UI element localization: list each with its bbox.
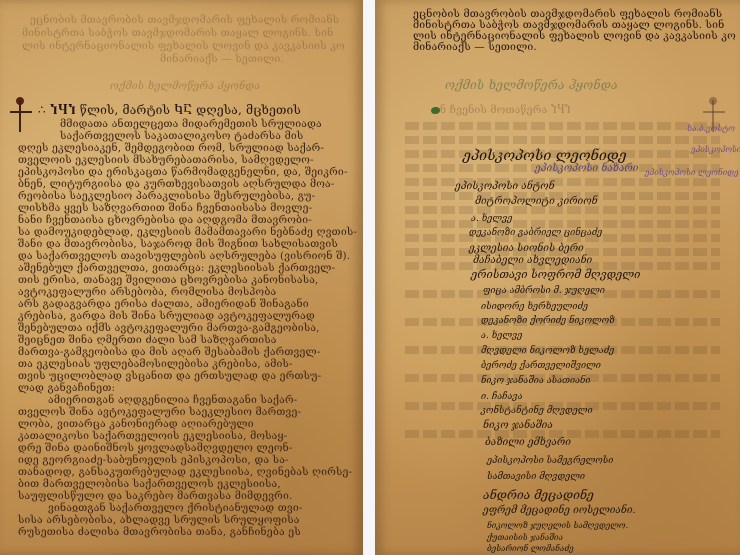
right-manuscript-page: ეცნობის მთავრობის თავმჯდომარის ფეხალის რ… — [375, 0, 740, 555]
signature: ეპისკოპოსი სამეგრელოსი — [487, 456, 613, 466]
body-line: რუსეთისა ძალისა მთავრობისა თანა, განჩინე… — [18, 526, 301, 538]
body-line: კრებისა, გარდა მის შინა სრულიად ავტოკეფა… — [18, 310, 315, 322]
pencil-heading: ოქმის ხელმოწერა ჰყონდა — [445, 78, 618, 92]
dots-mark: ∴ — [38, 103, 50, 117]
body-line: მართვა-გამგეობისა და მის აღარ შესაბამის … — [18, 346, 321, 358]
left-manuscript-page: ეცნობის მთავრობის თავმჯდომარის ფეხალის რ… — [0, 0, 363, 555]
body-line: თის ერისა, თანავე შვილითა ცხოვრებისა კან… — [18, 274, 319, 286]
body-line: დრე შინა დაინიშნოს ყოვლადსამღვდელო ლეონ- — [18, 442, 293, 454]
body-line: სისა არსებობისა, ახლადვე სრულის სრულყოფი… — [18, 514, 300, 526]
heading-year: ႨႷႨ — [50, 103, 76, 117]
body-line: ეპისკოპოსი და ერისკაცთა წარმომადგენელნი,… — [18, 166, 348, 178]
signature: ერისთავი სოფრომ მღვდელი — [471, 268, 640, 281]
body-line: ამიერითგან აღდგენილია ჩვენთაგანი საქარ- — [48, 394, 297, 406]
body-line: შეიცნეთ შინა ღმერთი ძალი სამ საზღვართისა — [18, 334, 277, 346]
signature: ეპისკოპოსი ანტონ — [455, 181, 555, 192]
signature: დეკანოზი გაბრიელ ცინცაძე — [469, 228, 602, 238]
document-heading: ∴ ႨႷႨ წლის, მარტის ႩႠ დღესა, მცხეთის — [38, 103, 301, 117]
body-line: კათალიკოსი საქართველოის ეკლესიისა, მოსაყ… — [18, 430, 287, 442]
signature: ეფრემ მეცადინე იოსელიანი. — [483, 505, 636, 516]
signature: ა. ხელვე — [481, 331, 522, 341]
signature: ნიკო ჯანაშია — [483, 420, 553, 431]
body-line: ლისხმა ყვეს საზღვართით შინა ჩვენთაისასა … — [18, 202, 312, 214]
signature: ანდრია მეცადინე — [483, 488, 594, 502]
bleed-heading: ნ ჩვენის მოთაწერა ႨႷႨ — [440, 104, 571, 116]
body-line: თველოის ეკლესიის მსახურებათარისა, სამღვდ… — [18, 154, 314, 166]
body-line: ლად განვაჩინეთ: — [18, 382, 115, 394]
signature: მაჩაბელი ახვლედიანი — [473, 255, 592, 266]
margin-note-violet: ეპისკოპოსი — [691, 145, 740, 154]
body-line: შანი და მთავრობისა, საჯაროდ მის შიგნით ს… — [18, 238, 338, 250]
body-line: სა დამოუკიდებლად, ეკლესიის მამამთავარი ნ… — [18, 226, 357, 238]
page-gutter — [363, 0, 375, 555]
body-line: თველოს შინა ავტოკეფალური საეკლესიო მართვ… — [18, 406, 301, 418]
signature: ნიკო ჯანაშია ასათიანი — [481, 376, 591, 386]
signature: ქუთაისის ჯანაშია — [487, 533, 563, 542]
signature: ეკლესია სიონის ბერი — [469, 243, 584, 254]
signature: ა. ხელვე — [471, 214, 512, 224]
signature: ეპისკოპოსი ნაზარი — [535, 163, 638, 174]
body-line: რეობისა საეკლესიო პარაკლისისა შესრულების… — [18, 190, 315, 202]
body-line: ვინაჲთგან საქართველო ქრისტიანულად თვი- — [48, 502, 303, 514]
margin-note-violet: ეპისკოპოსი ლეონიდე — [645, 168, 739, 177]
body-line: ბნენ, ლიტურგიისა და კურთხევისათვის აღსრუ… — [18, 178, 335, 190]
signature: ისიდორე ხერხეულიძე — [481, 302, 588, 312]
signature: ი. ჩაჩავა — [481, 392, 523, 402]
green-ink-blot — [431, 107, 440, 114]
body-line: და საქართველოს თავისუფლების აღსრულება (ვ… — [18, 250, 350, 262]
body-line: ნანი ჩვენთაისა ცხოვრებისა და აღდგომა მთა… — [18, 214, 312, 226]
margin-note-violet: ხა.ბ.ვოსტო — [687, 124, 735, 133]
body-line: საუფლისწულო და საკრებო მართვასა მიმდევრი… — [18, 490, 292, 502]
signature: მღვდელი ნიკოლოზ ხელაძე — [481, 346, 614, 356]
bleed-through-line: მინისტრთა საბჭოს თავმჯდომარის თაყალ ლოგი… — [22, 27, 333, 39]
body-line: მმიდათა ანთელცეთა მიდარემეთის სრულიადა — [60, 118, 322, 130]
body-line: ბით მართველობისა საქართველოს ეკლესიისა, — [18, 478, 281, 490]
body-line: იდე გეორგიაძე-საბუნოელის ეპისკოპოსი, და … — [18, 454, 289, 466]
signature: დეკანოზი ქორიძე ნიკოლოზ — [481, 316, 615, 326]
body-line: ლობა, ვითარცა კანონიერად აღიარებული — [18, 418, 254, 430]
body-line: თა ეკლესიას უფლებამოსილებისა კრებისა, ამ… — [18, 358, 293, 370]
cross-icon — [10, 100, 32, 140]
signature: ფიცა ამბროსი მ. ჯუღელი — [483, 286, 605, 296]
body-line: შენებულთა იქმს ავტოკეფალური მართვა-გამგე… — [18, 322, 320, 334]
signature: სამთავისი მღვდელი — [487, 472, 585, 482]
signature: ბეროძე ქართველიშვილი — [481, 361, 601, 371]
signature: მიტროპოლიტი კირიონ — [475, 196, 598, 207]
heading-text: წლის, მარტის ႩႠ დღესა, მცხეთის — [80, 103, 301, 117]
body-line: თანადოდ, განსაკუთრებულად ეკლესიისა, ღვინ… — [18, 466, 352, 478]
signature: ბაზილი ემხვარი — [485, 437, 571, 448]
signature: ნიკოლოზ ჯუღელის სამღვდელო. — [487, 521, 628, 530]
bleed-through-line: მინარიაქს — სეთილი. — [160, 53, 284, 65]
bleed-through-line: ეცნობის მთავრობის თავმჯდომარის ფეხალის რ… — [30, 14, 339, 26]
body-line: აშენებულ ქართველთა, ვითარცა: ეკლესიისას … — [18, 262, 335, 274]
body-line: თვის უცილობლად ვსცანით და ერთსულად და ერ… — [18, 370, 321, 382]
body-line: ავტოკეფალური არსებობა, რომლისა მოსპობა — [18, 286, 276, 298]
bleed-through-line: ლის ინტერნაციონალის ფეხალის ლოვინ და კავ… — [22, 40, 345, 52]
signature: ბესარიონ ლომანაძე — [487, 544, 574, 553]
body-line: არს გადაგვარდა ერისა ძალთა, ამიერიდან ში… — [18, 298, 309, 310]
bleed-through-heading: ოქმის ხელმოწერა ჰყონდა — [110, 80, 260, 92]
top-text-line: მინარიაქს — სეთილი. — [413, 41, 537, 53]
body-line: საქართველოს საკათალიკოსო ტაძარსა მის — [60, 130, 303, 142]
signature: კონსტანტინე მღვდელი — [481, 406, 593, 416]
signature: ეპისკოპოსი ლეონიდე — [463, 148, 627, 164]
body-line: დღეს ეკლესიაკენ, შემდეგობით რომ, სრულიად… — [18, 142, 324, 154]
